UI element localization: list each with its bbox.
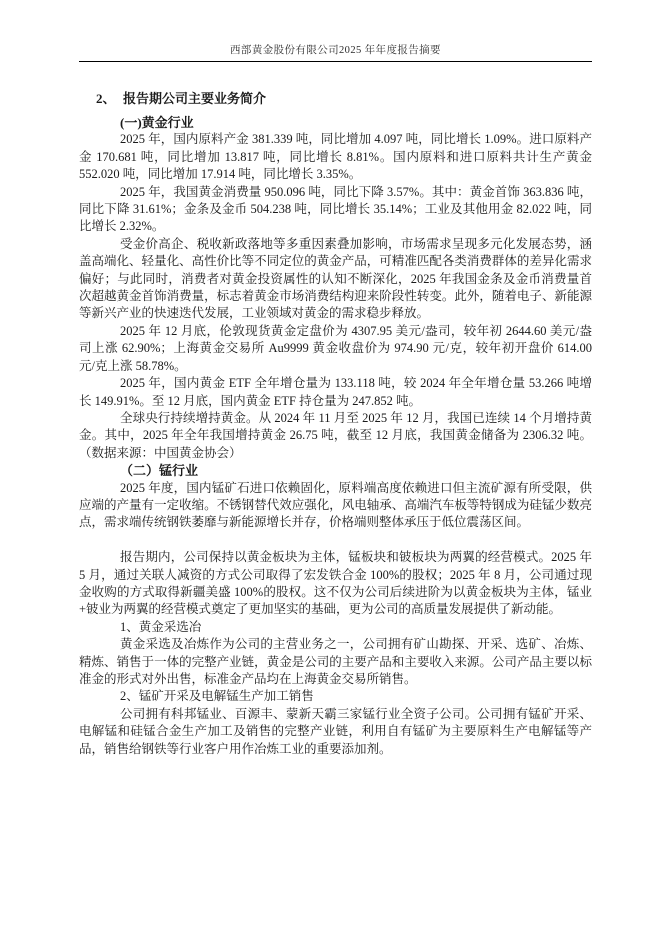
item-heading: 1、黄金采选冶 xyxy=(79,619,592,636)
paragraph: 全球央行持续增持黄金。从 2024 年 11 月至 2025 年 12 月，我国… xyxy=(79,410,592,462)
paragraph: 2025 年，国内黄金 ETF 全年增仓量为 133.118 吨，较 2024 … xyxy=(79,375,592,410)
section-title: 报告期公司主要业务简介 xyxy=(123,89,266,108)
item-heading: 2、锰矿开采及电解锰生产加工销售 xyxy=(79,688,592,705)
document-body: (一)黄金行业2025 年，国内原料产金 381.339 吨，同比增加 4.09… xyxy=(79,114,592,758)
subsection-heading: (一)黄金行业 xyxy=(79,114,592,131)
section-number: 2、 xyxy=(96,89,123,108)
paragraph: 2025 年 12 月底，伦敦现货黄金定盘价为 4307.95 美元/盎司，较年… xyxy=(79,323,592,375)
paragraph: 2025 年，国内原料产金 381.339 吨，同比增加 4.097 吨，同比增… xyxy=(79,131,592,183)
report-page: 西部黄金股份有限公司2025 年年度报告摘要 2、 报告期公司主要业务简介 (一… xyxy=(0,0,662,936)
paragraph: 黄金采选及冶炼作为公司的主营业务之一，公司拥有矿山勘探、开采、选矿、冶炼、精炼、… xyxy=(79,636,592,688)
paragraph: 2025 年度，国内锰矿石进口依赖固化，原料端高度依赖进口但主流矿源有所受限，供… xyxy=(79,480,592,532)
document-content: 2、 报告期公司主要业务简介 (一)黄金行业2025 年，国内原料产金 381.… xyxy=(79,89,592,758)
header-rule xyxy=(79,61,592,62)
running-head: 西部黄金股份有限公司2025 年年度报告摘要 xyxy=(79,44,592,58)
section-heading: 2、 报告期公司主要业务简介 xyxy=(79,89,592,108)
paragraph: 公司拥有科邦锰业、百源丰、蒙新天霸三家锰行业全资子公司。公司拥有锰矿开采、电解锰… xyxy=(79,706,592,758)
subsection-heading: （二）锰行业 xyxy=(79,462,592,479)
paragraph: 受金价高企、税收新政落地等多重因素叠加影响，市场需求呈现多元化发展态势，涵盖高端… xyxy=(79,236,592,323)
paragraph: 2025 年，我国黄金消费量 950.096 吨，同比下降 3.57%。其中：黄… xyxy=(79,184,592,236)
paragraph: 报告期内，公司保持以黄金板块为主体，锰板块和铍板块为两翼的经营模式。2025 年… xyxy=(79,549,592,619)
blank-line xyxy=(79,532,592,549)
